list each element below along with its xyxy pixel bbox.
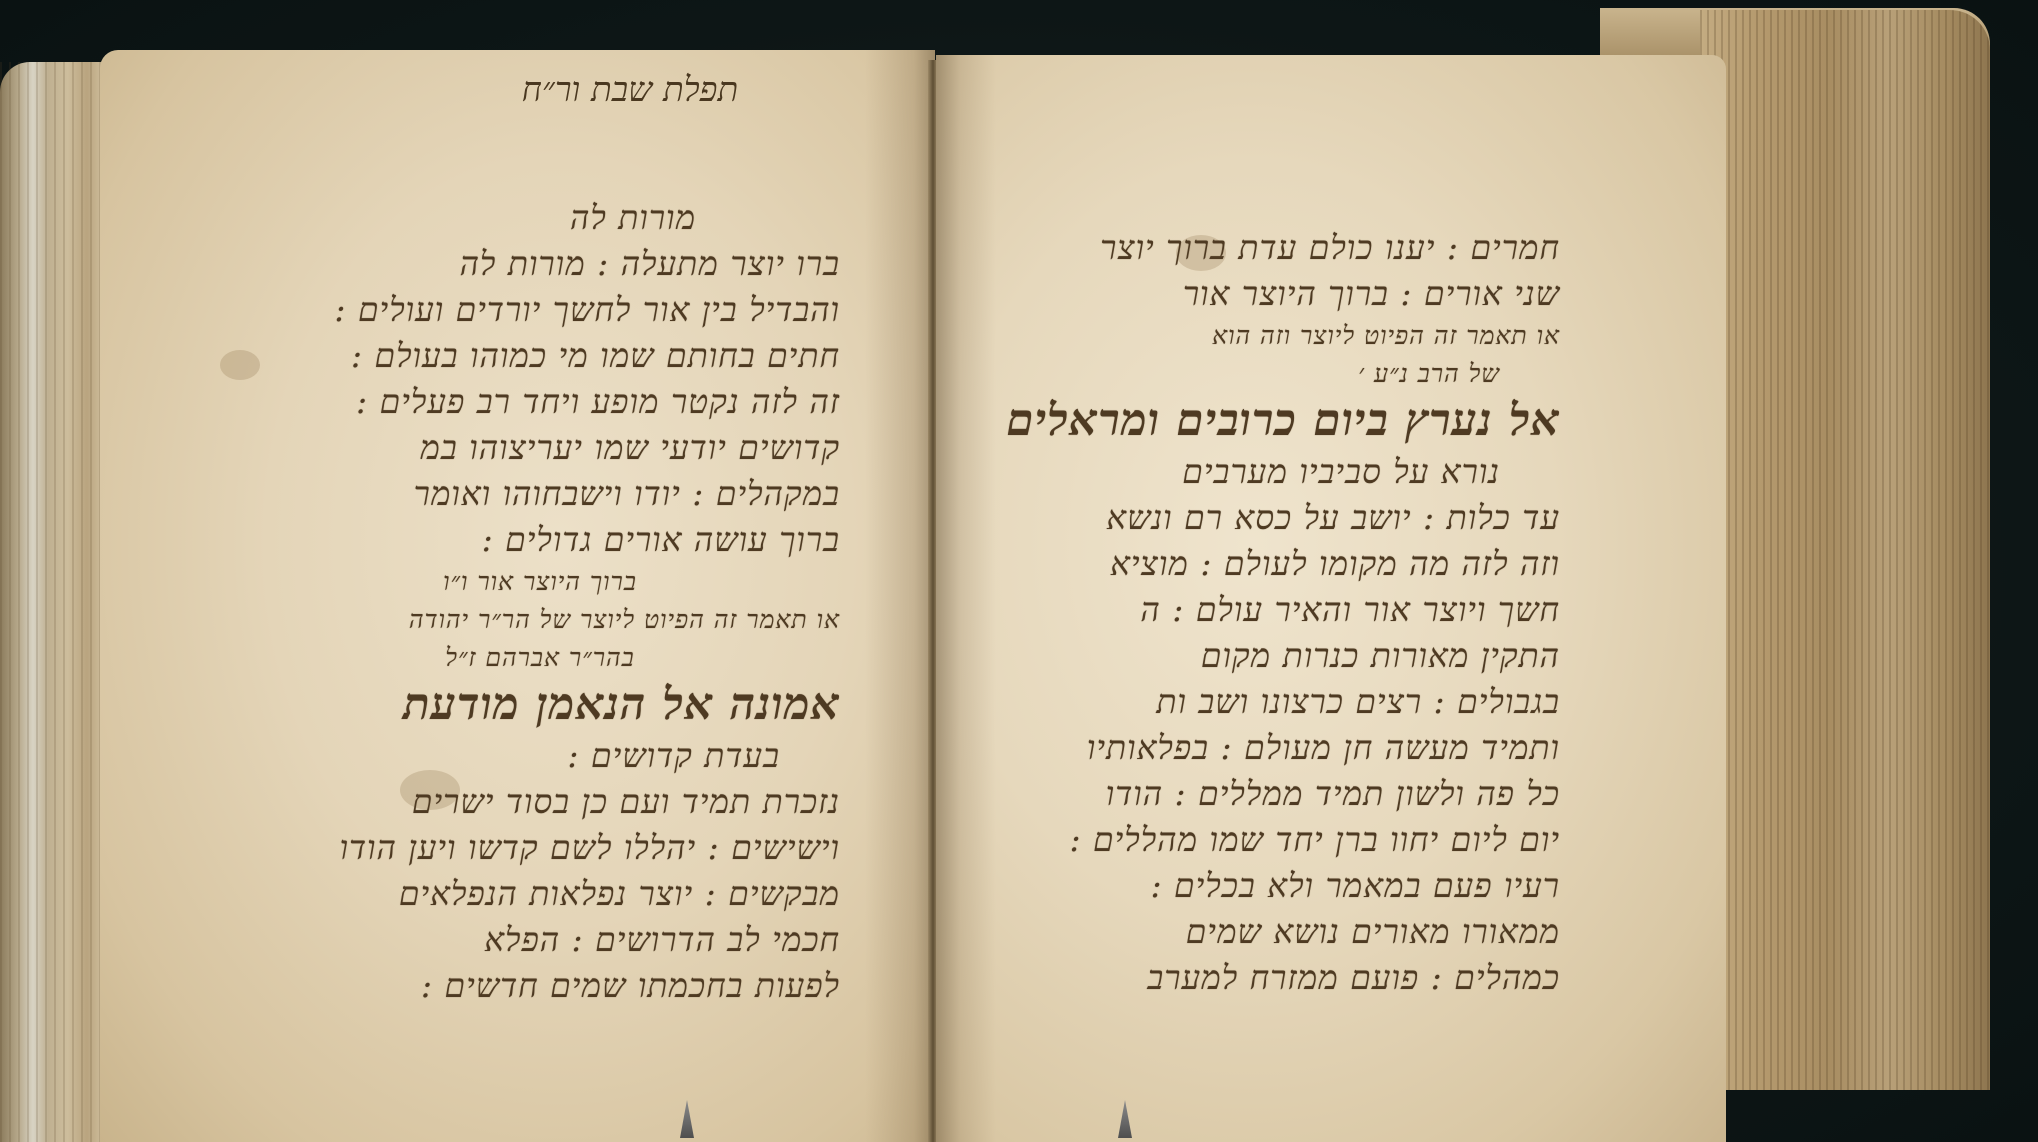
text-line: נזכרת תמיד ועם כן בסוד ישרים [240, 779, 840, 825]
text-line: חכמי לב הדרושים : הפלא [240, 917, 840, 963]
text-line: במקהלים : יודו וישבחוהו ואומר [240, 471, 840, 517]
text-line: מבקשים : יוצר נפלאות הנפלאים [240, 871, 840, 917]
open-manuscript-book: תפלת שבת ור״ח מורות לה ברו יוצר מתעלה : … [0, 0, 2038, 1142]
running-header: תפלת שבת ור״ח [480, 70, 780, 110]
text-line: והבדיל בין אור לחשך יורדים ועולים : [240, 287, 840, 333]
text-line: או תאמר זה הפיוט ליוצר וזה הוא [940, 317, 1560, 355]
text-line: בעדת קדושים : [240, 733, 840, 779]
left-page-text: מורות לה ברו יוצר מתעלה : מורות לה והבדי… [240, 195, 840, 1009]
text-line: ברו יוצר מתעלה : מורות לה [240, 241, 840, 287]
text-line: קדושים יודעי שמו יעריצוהו במ [240, 425, 840, 471]
text-line: רעיו פעם במאמר ולא בכלים : [940, 863, 1560, 909]
text-line: נורא על סביביו מערבים [940, 449, 1560, 495]
right-page-stack [1700, 10, 1990, 1090]
text-line: כל פה ולשון תמיד ממללים : הודו [940, 771, 1560, 817]
text-line: ממאורו מאורים נושא שמים [940, 909, 1560, 955]
text-line: יום ליום יחוו ברן יחד שמו מהללים : [940, 817, 1560, 863]
text-line: התקין מאורות כנרות מקום [940, 633, 1560, 679]
text-line: שני אורים : ברוך היוצר אור [940, 271, 1560, 317]
text-line: חמרים : יענו כולם עדת ברוך יוצר [940, 225, 1560, 271]
text-line: או תאמר זה הפיוט ליוצר של הר״ר יהודה [240, 601, 840, 639]
text-line: ותמיד מעשה חן מעולם : בפלאותיו [940, 725, 1560, 771]
text-line: ברוך עושה אורים גדולים : [240, 517, 840, 563]
text-line: של הרב נ״ע ׳ [940, 355, 1560, 393]
text-line-with-initial: אמונה אל הנאמן מודעת [240, 677, 840, 733]
text-line: ברוך היוצר אור ו״ו [240, 563, 840, 601]
text-line: וזה לזה מה מקומו לעולם : מוציא [940, 541, 1560, 587]
text-line: זה לזה נקטר מופע ויחד רב פעלים : [240, 379, 840, 425]
text-line-with-initial: אל נערץ ביום כרובים ומראלים [940, 393, 1560, 449]
right-page-text: חמרים : יענו כולם עדת ברוך יוצר שני אורי… [940, 225, 1560, 1001]
text-line: בהר״ר אברהם ז״ל [240, 639, 840, 677]
text-line: לפעות בחכמתו שמים חדשים : [240, 963, 840, 1009]
text-line: חשך ויוצר אור והאיר עולם : ה [940, 587, 1560, 633]
text-line: חתים בחותם שמו מי כמוהו בעולם : [240, 333, 840, 379]
text-line: עד כלות : יושב על כסא רם ונשא [940, 495, 1560, 541]
text-line: מורות לה [240, 195, 840, 241]
text-line: וישישים : יהללו לשם קדשו ויען הודו [240, 825, 840, 871]
text-line: בגבולים : רצים כרצונו ושב ות [940, 679, 1560, 725]
text-line: כמהלים : פועם ממזרח למערב [940, 955, 1560, 1001]
